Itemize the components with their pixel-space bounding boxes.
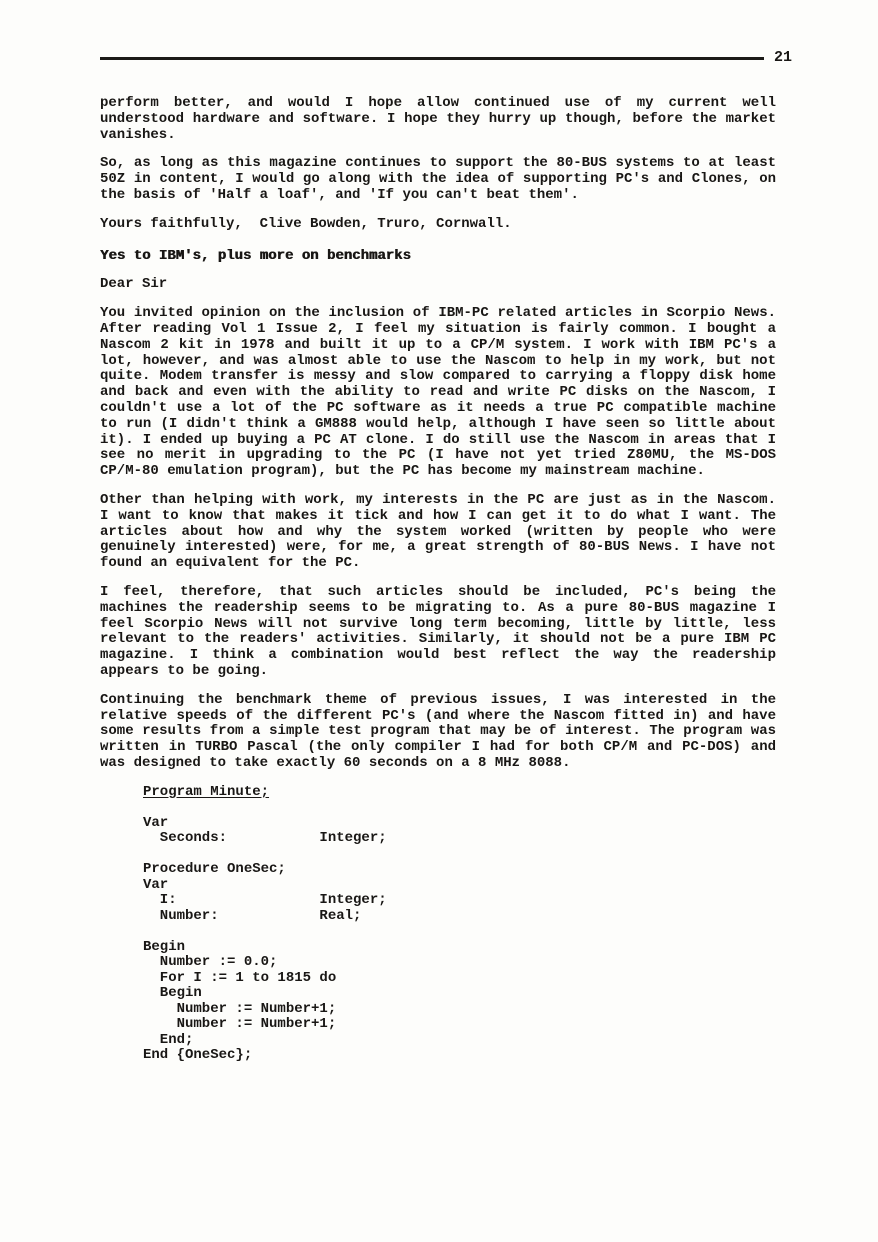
paragraph-interests-in-pc: Other than helping with work, my interes… bbox=[100, 493, 776, 572]
paragraph-continued-letter: perform better, and would I hope allow c… bbox=[100, 96, 776, 143]
code-program-line: Program Minute; bbox=[143, 784, 269, 800]
page-content: 21 perform better, and would I hope allo… bbox=[100, 50, 792, 1064]
salutation: Dear Sir bbox=[100, 277, 792, 293]
scanned-magazine-page: 21 perform better, and would I hope allo… bbox=[0, 0, 878, 1242]
header-rule bbox=[100, 57, 764, 60]
paragraph-half-a-loaf: So, as long as this magazine continues t… bbox=[100, 156, 776, 203]
section-heading: Yes to IBM's, plus more on benchmarks bbox=[100, 249, 792, 265]
letter-closing-signature: Yours faithfully, Clive Bowden, Truro, C… bbox=[100, 217, 792, 233]
page-number: 21 bbox=[774, 50, 792, 66]
page-header: 21 bbox=[100, 50, 792, 66]
paragraph-articles-included: I feel, therefore, that such articles sh… bbox=[100, 585, 776, 680]
code-listing: Program Minute; Var Seconds: Integer; Pr… bbox=[143, 785, 792, 1064]
code-body: Var Seconds: Integer; Procedure OneSec; … bbox=[143, 815, 387, 1064]
paragraph-benchmark-theme: Continuing the benchmark theme of previo… bbox=[100, 693, 776, 772]
paragraph-invited-opinion: You invited opinion on the inclusion of … bbox=[100, 306, 776, 480]
